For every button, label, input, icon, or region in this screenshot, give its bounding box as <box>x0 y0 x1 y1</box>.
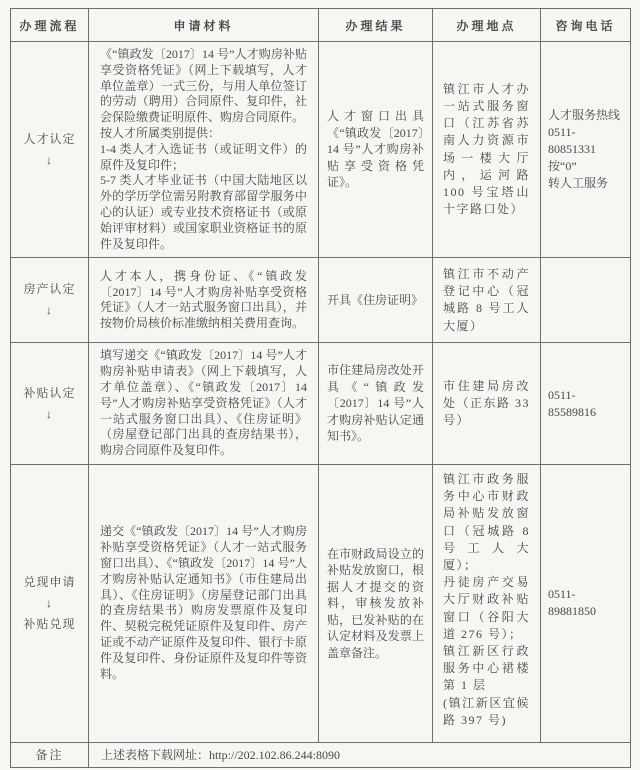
materials-cell: 填写递交《“镇政发〔2017〕14 号”人才购房补贴申请表》（网上下载填写，人才… <box>89 343 319 465</box>
table-row-property-certification: 房产认定 ↓ 人才本人，携身份证、《“镇政发〔2017〕14 号”人才购房补贴享… <box>11 258 631 343</box>
location-cell: 镇江市政务服务中心市财政局补贴发放窗口（冠城路 8 号工人大厦）； 丹徒房产交易… <box>433 464 541 742</box>
header-row: 办理流程 申请材料 办理结果 办理地点 咨询电话 <box>11 9 631 42</box>
table-row-subsidy-payment: 兑现申请 ↓ 补贴兑现 递交《“镇政发〔2017〕14 号”人才购房补贴享受资格… <box>11 464 631 742</box>
phone-cell: 0511-89881850 <box>541 464 631 742</box>
location-cell: 镇江市不动产登记中心（冠城路 8 号工人大厦） <box>433 258 541 343</box>
phone-cell: 0511-85589816 <box>541 343 631 465</box>
process-step-label: 人才认定 ↓ <box>11 42 89 258</box>
result-cell: 市住建局房改处开具《“镇政发〔2017〕14 号”人才购房补贴认定通知书》。 <box>319 343 433 465</box>
location-cell: 镇江市人才办一站式服务窗口（江苏省苏南人力资源市场一楼大厅内，运河路 100 号… <box>433 42 541 258</box>
process-step-label: 房产认定 ↓ <box>11 258 89 343</box>
column-header-phone: 咨询电话 <box>541 9 631 42</box>
download-url-text: 上述表格下载网址：http://202.102.86.244:8090 <box>89 742 631 767</box>
result-cell: 人才窗口出具《“镇政发〔2017〕14 号”人才购房补贴享受资格凭证》。 <box>319 42 433 258</box>
process-table: 办理流程 申请材料 办理结果 办理地点 咨询电话 人才认定 ↓ 《“镇政发〔20… <box>10 8 631 768</box>
table-row-talent-certification: 人才认定 ↓ 《“镇政发〔2017〕14 号”人才购房补贴享受资格凭证》（网上下… <box>11 42 631 258</box>
column-header-location: 办理地点 <box>433 9 541 42</box>
process-step-label: 补贴认定 ↓ <box>11 343 89 465</box>
column-header-result: 办理结果 <box>319 9 433 42</box>
location-cell: 市住建局房改处（正东路 33 号） <box>433 343 541 465</box>
result-cell: 开具《住房证明》 <box>319 258 433 343</box>
process-step-label: 兑现申请 ↓ 补贴兑现 <box>11 464 89 742</box>
scanned-document-page: 办理流程 申请材料 办理结果 办理地点 咨询电话 人才认定 ↓ 《“镇政发〔20… <box>0 0 640 770</box>
materials-cell: 人才本人，携身份证、《“镇政发〔2017〕14 号”人才购房补贴享受资格凭证》（… <box>89 258 319 343</box>
table-row-remark: 备注 上述表格下载网址：http://202.102.86.244:8090 <box>11 742 631 767</box>
phone-cell: 人才服务热线 0511-80851331 按“0” 转人工服务 <box>541 42 631 258</box>
column-header-process: 办理流程 <box>11 9 89 42</box>
remark-label: 备注 <box>11 742 89 767</box>
result-cell: 在市财政局设立的补贴发放窗口，根据人才提交的资料，审核发放补贴，已发补贴的在认定… <box>319 464 433 742</box>
materials-cell: 递交《“镇政发〔2017〕14 号”人才购房补贴享受资格凭证》（人才一站式服务窗… <box>89 464 319 742</box>
phone-cell <box>541 258 631 343</box>
materials-cell: 《“镇政发〔2017〕14 号”人才购房补贴享受资格凭证》（网上下载填写，人才单… <box>89 42 319 258</box>
column-header-materials: 申请材料 <box>89 9 319 42</box>
table-row-subsidy-certification: 补贴认定 ↓ 填写递交《“镇政发〔2017〕14 号”人才购房补贴申请表》（网上… <box>11 343 631 465</box>
